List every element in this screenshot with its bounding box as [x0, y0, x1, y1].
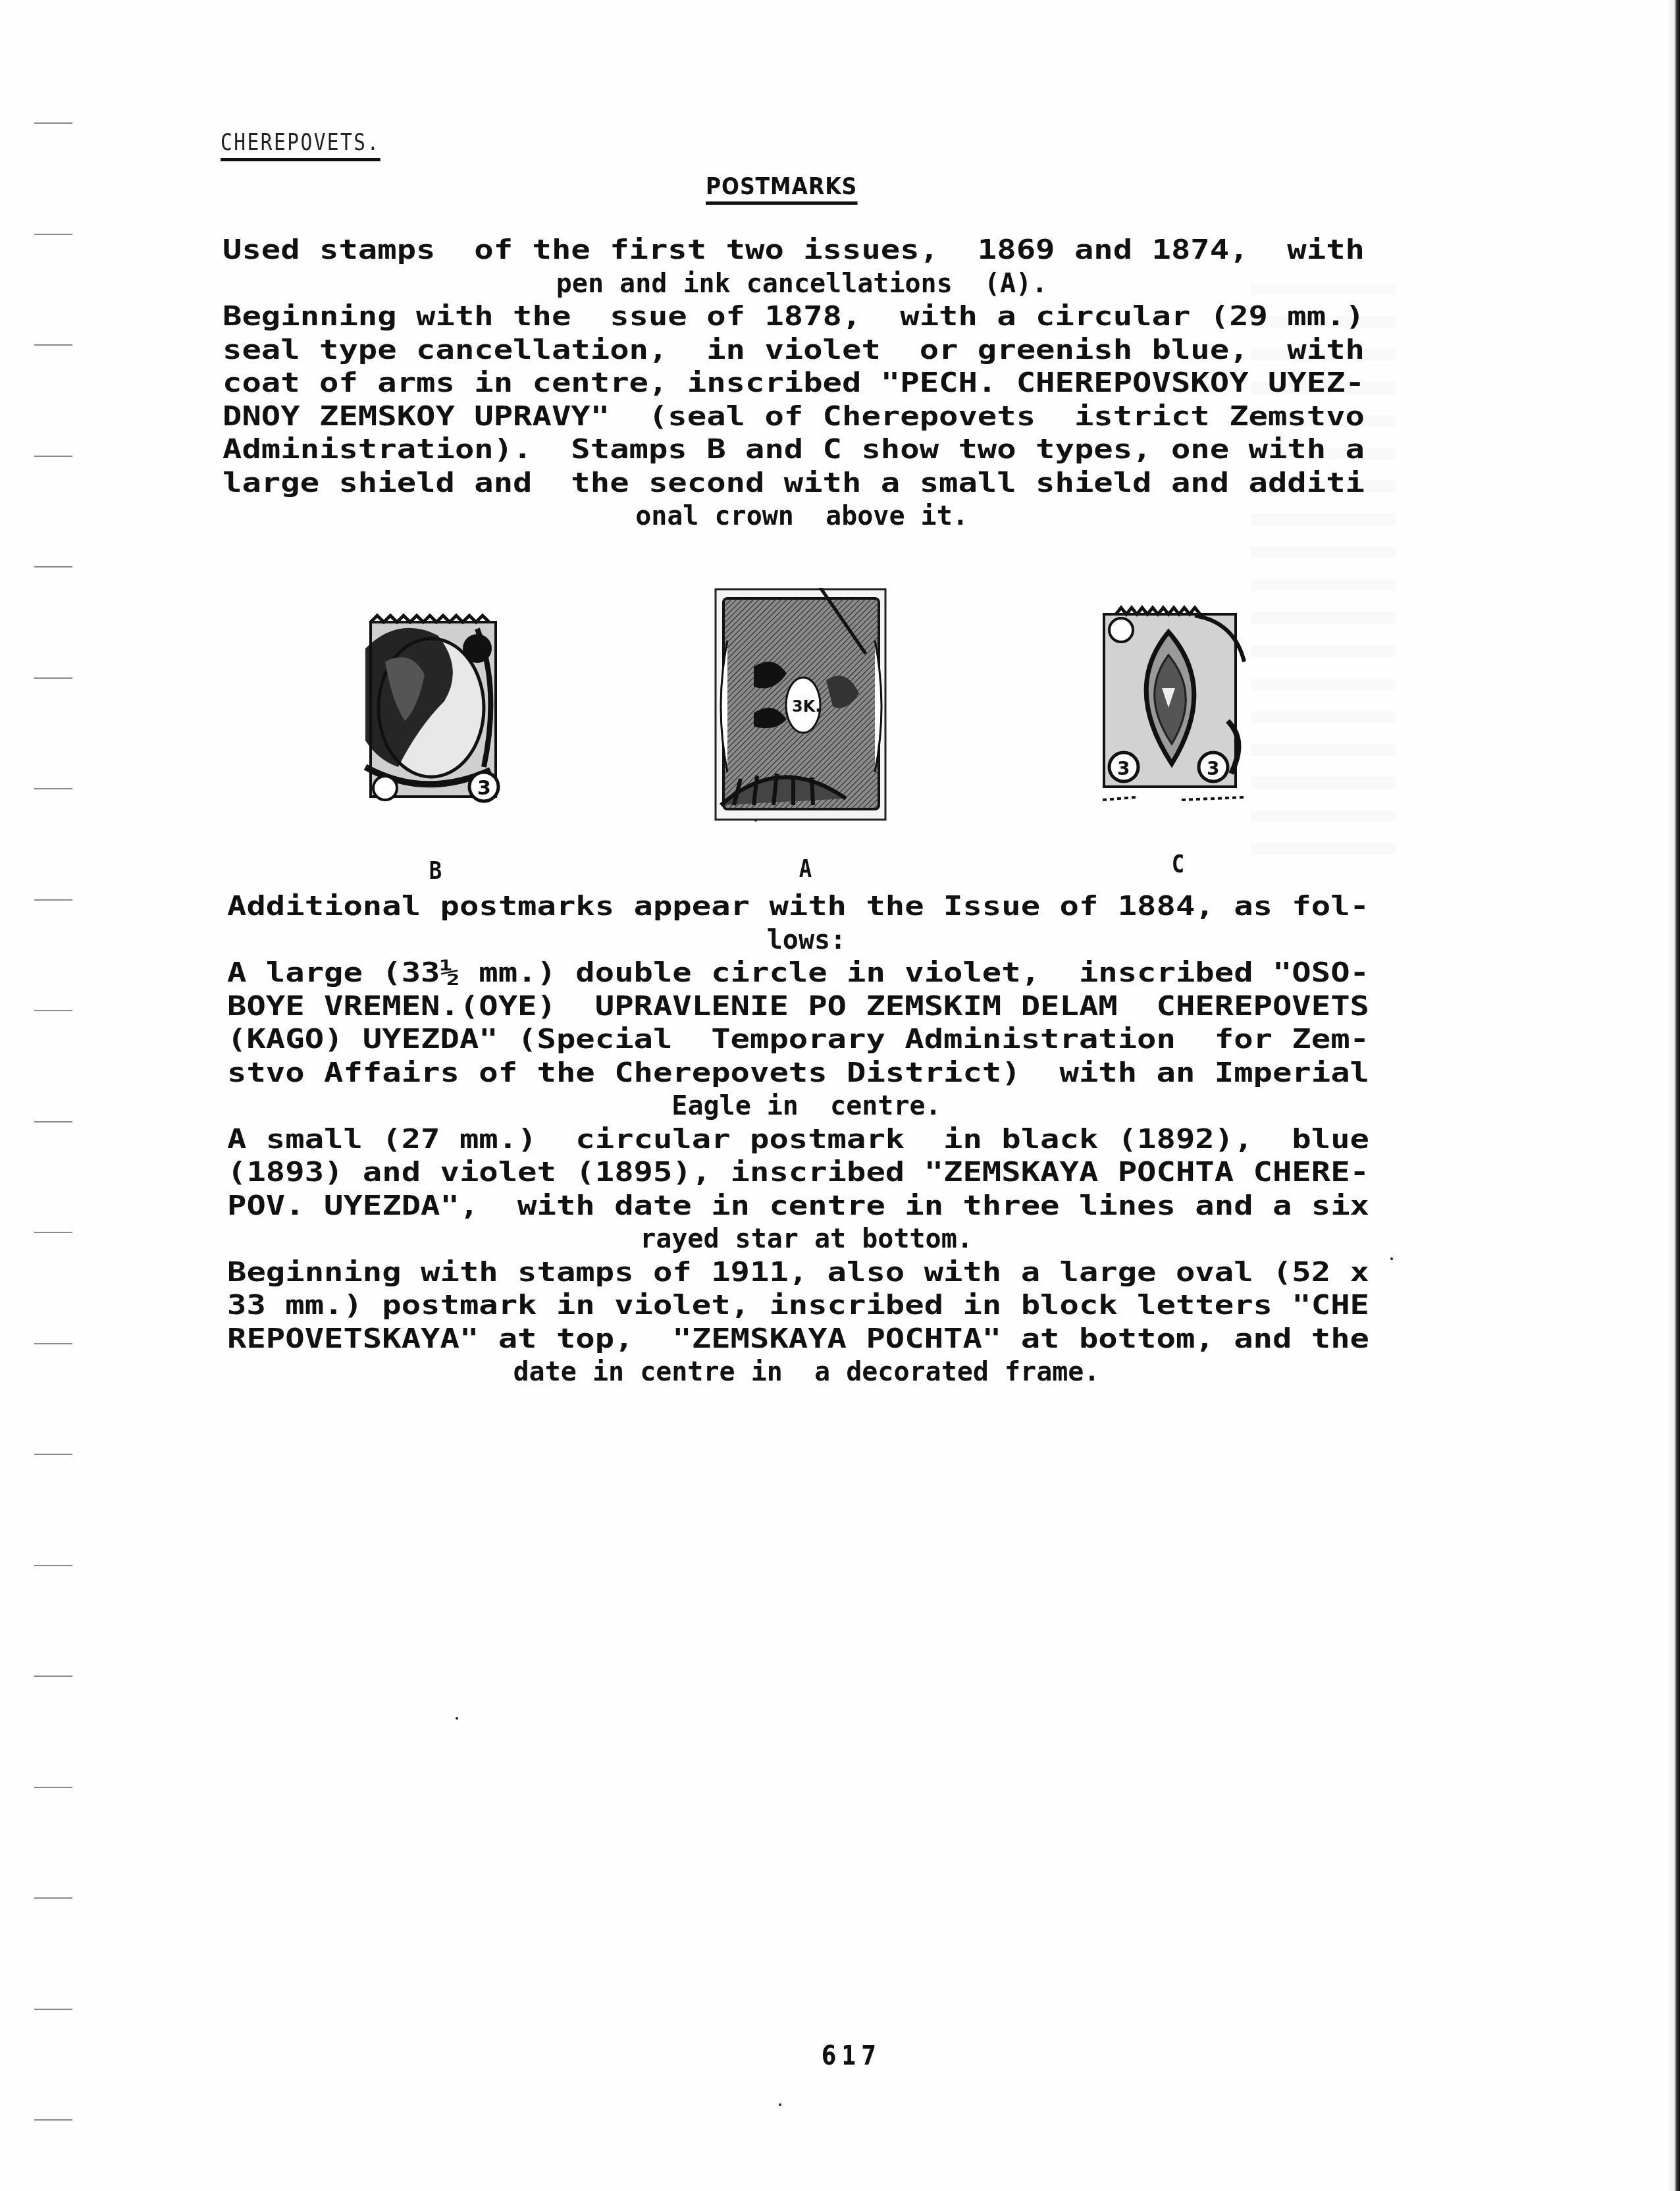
text-line: (1893) and violet (1895), inscribed "ZEM… — [227, 1156, 1386, 1190]
stamp-figure-b: 3 — [359, 609, 504, 810]
paragraph-cancellations: Used stamps of the first two issues, 186… — [223, 234, 1381, 533]
text-line: Used stamps of the first two issues, 186… — [223, 234, 1381, 267]
binder-mark — [34, 1343, 72, 1344]
text-line: A large (33½ mm.) double circle in viole… — [227, 957, 1386, 990]
text-line: stvo Affairs of the Cherepovets District… — [227, 1057, 1386, 1090]
text-line: date in centre in a decorated frame. — [227, 1356, 1386, 1389]
text-line: pen and ink cancellations (A). — [223, 267, 1381, 301]
binder-mark — [34, 122, 72, 124]
binder-mark — [34, 1232, 72, 1233]
binder-mark — [34, 677, 72, 679]
stamp-a-image: 3K. — [714, 588, 889, 825]
scan-speck — [1390, 1257, 1393, 1260]
page-edge — [1675, 0, 1680, 2191]
figure-label-a: A — [799, 854, 812, 883]
binder-mark — [34, 1565, 72, 1566]
text-line: Beginning with stamps of 1911, also with… — [227, 1256, 1386, 1290]
text-line: DNOY ZEMSKOY UPRAVY" (seal of Cherepovet… — [223, 400, 1381, 434]
text-line: (KAGO) UYEZDA" (Special Temporary Admini… — [227, 1023, 1386, 1057]
figure-label-c: C — [1172, 849, 1184, 878]
binder-mark — [34, 1897, 72, 1899]
city-heading: CHEREPOVETS. — [221, 129, 381, 161]
svg-text:3: 3 — [477, 777, 491, 800]
paragraph-additional-postmarks: Additional postmarks appear with the Iss… — [227, 890, 1386, 1389]
binder-mark — [34, 899, 72, 901]
section-title: POSTMARKS — [706, 172, 857, 205]
text-line: Administration). Stamps B and C show two… — [223, 433, 1381, 467]
binder-mark — [34, 1676, 72, 1677]
stamp-c-image: 3 3 — [1096, 602, 1251, 806]
text-line: Additional postmarks appear with the Iss… — [227, 890, 1386, 924]
text-line: seal type cancellation, in violet or gre… — [223, 334, 1381, 367]
svg-text:3: 3 — [1117, 758, 1130, 779]
text-line: BOYE VREMEN.(OYE) UPRAVLENIE PO ZEMSKIM … — [227, 990, 1386, 1024]
stamp-b-image: 3 — [359, 609, 504, 810]
text-line: rayed star at bottom. — [227, 1223, 1386, 1256]
binder-mark — [34, 456, 72, 457]
text-line: lows: — [227, 924, 1386, 957]
text-line: REPOVETSKAYA" at top, "ZEMSKAYA POCHTA" … — [227, 1323, 1386, 1356]
scan-speck — [779, 2103, 781, 2106]
text-line: 33 mm.) postmark in violet, inscribed in… — [227, 1289, 1386, 1323]
text-line: A small (27 mm.) circular postmark in bl… — [227, 1123, 1386, 1157]
binder-mark — [34, 1787, 72, 1788]
stamp-figure-a: 3K. — [714, 588, 889, 825]
binder-mark — [34, 1121, 72, 1122]
text-line: Eagle in centre. — [227, 1090, 1386, 1123]
scanned-page: CHEREPOVETS. POSTMARKS Used stamps of th… — [0, 0, 1680, 2191]
binder-mark — [34, 234, 72, 235]
text-line: onal crown above it. — [223, 500, 1381, 533]
text-line: POV. UYEZDA", with date in centre in thr… — [227, 1190, 1386, 1223]
text-line: Beginning with the ssue of 1878, with a … — [223, 300, 1381, 334]
binder-mark — [34, 566, 72, 568]
scan-speck — [754, 819, 757, 822]
binder-mark — [34, 2009, 72, 2010]
svg-text:3K.: 3K. — [792, 697, 821, 716]
svg-text:3: 3 — [1207, 758, 1219, 779]
page-edge-shadow — [1667, 0, 1675, 2191]
stamp-figure-c: 3 3 — [1096, 602, 1251, 806]
binder-mark — [34, 1010, 72, 1011]
scan-speck — [456, 1717, 458, 1720]
binder-mark — [34, 2119, 72, 2121]
binder-mark — [34, 788, 72, 789]
binder-mark — [34, 1454, 72, 1455]
text-line: large shield and the second with a small… — [223, 467, 1381, 500]
figure-label-b: B — [429, 856, 442, 885]
page-number: 617 — [822, 2041, 881, 2071]
text-line: coat of arms in centre, inscribed "PECH.… — [223, 367, 1381, 400]
binder-mark — [34, 344, 72, 346]
binder-margin-marks — [34, 0, 74, 2191]
